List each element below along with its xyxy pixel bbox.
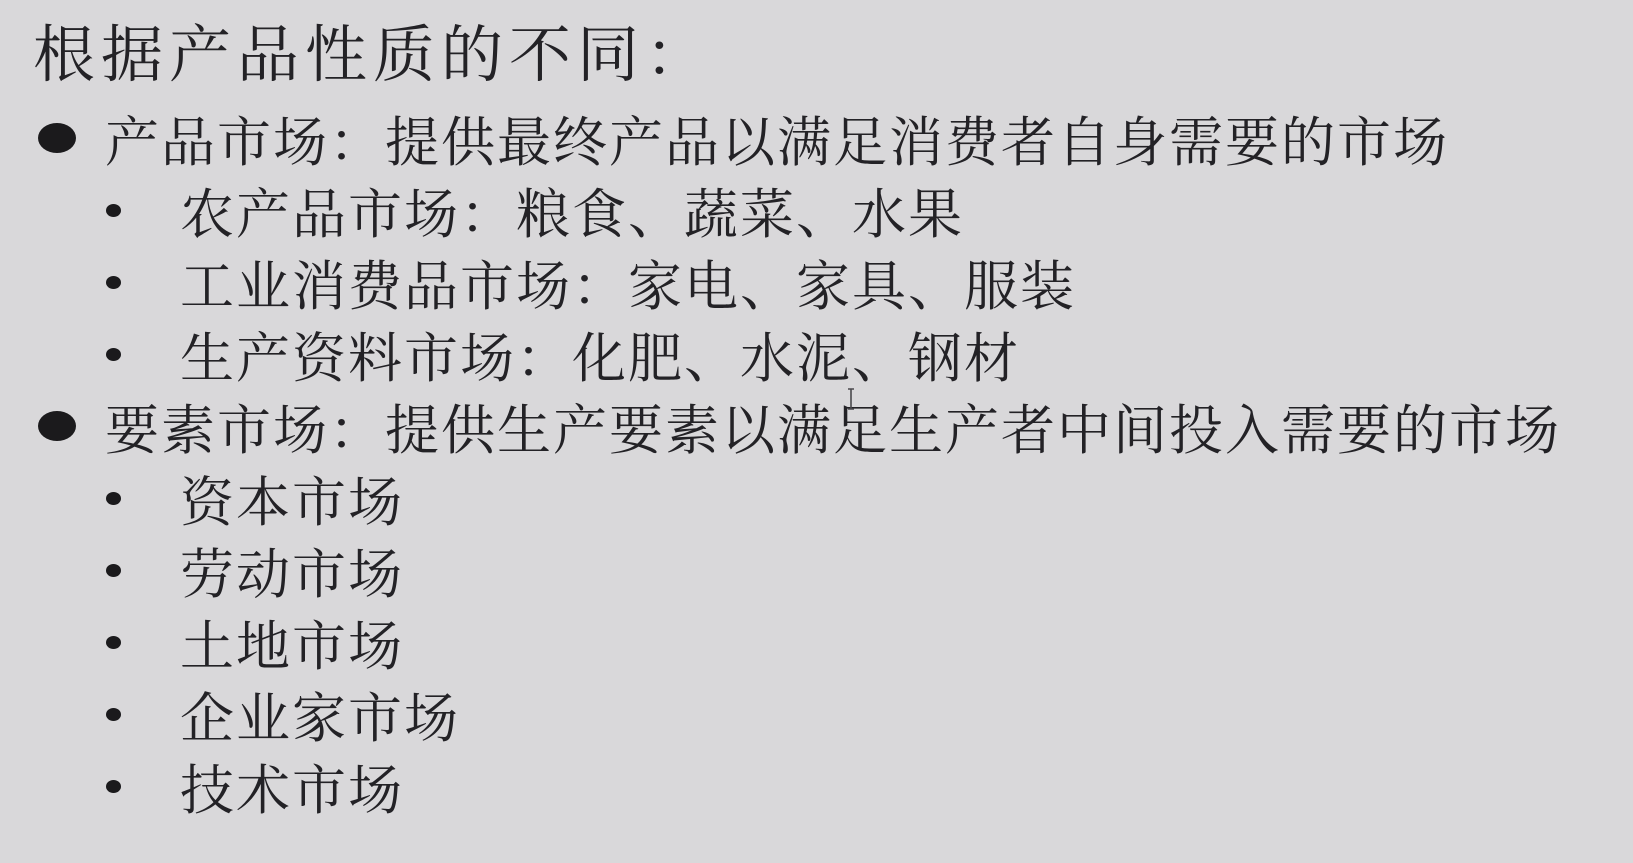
disc-bullet-icon — [38, 411, 76, 441]
dot-bullet-icon — [106, 204, 121, 217]
dot-bullet-icon — [106, 708, 121, 721]
dot-bullet-icon — [106, 348, 121, 361]
sub-item-label: 资本市场 — [180, 460, 404, 537]
sub-item-land-market: 土地市场 — [33, 606, 1633, 678]
disc-bullet-icon — [38, 123, 76, 153]
bullet-item-factor-market: 要素市场：提供生产要素以满足生产者中间投入需要的市场 — [33, 390, 1633, 462]
sub-item-label: 土地市场 — [180, 604, 404, 681]
sub-item-entrepreneur-market: 企业家市场 — [33, 678, 1633, 750]
sub-item-label: 农产品市场：粮食、蔬菜、水果 — [180, 172, 964, 249]
sub-item-label: 工业消费品市场：家电、家具、服装 — [180, 244, 1076, 321]
dot-bullet-icon — [106, 636, 121, 649]
sub-item-agricultural-market: 农产品市场：粮食、蔬菜、水果 — [33, 174, 1633, 246]
dot-bullet-icon — [106, 564, 121, 577]
sub-item-industrial-consumer-market: 工业消费品市场：家电、家具、服装 — [33, 246, 1633, 318]
bullet-label: 产品市场：提供最终产品以满足消费者自身需要的市场 — [105, 100, 1449, 177]
sub-item-label: 企业家市场 — [180, 676, 460, 753]
sub-item-label: 技术市场 — [180, 748, 404, 825]
sub-item-production-materials-market: 生产资料市场：化肥、水泥、钢材 — [33, 318, 1633, 390]
slide-title: 根据产品性质的不同： — [33, 14, 1633, 102]
dot-bullet-icon — [106, 492, 121, 505]
slide: 根据产品性质的不同： 产品市场：提供最终产品以满足消费者自身需要的市场 农产品市… — [0, 0, 1633, 863]
sub-item-capital-market: 资本市场 — [33, 462, 1633, 534]
dot-bullet-icon — [106, 780, 121, 793]
sub-item-technology-market: 技术市场 — [33, 750, 1633, 822]
bullet-item-product-market: 产品市场：提供最终产品以满足消费者自身需要的市场 — [33, 102, 1633, 174]
bullet-label: 要素市场：提供生产要素以满足生产者中间投入需要的市场 — [105, 388, 1561, 465]
sub-item-labor-market: 劳动市场 — [33, 534, 1633, 606]
sub-item-label: 生产资料市场：化肥、水泥、钢材 — [180, 316, 1020, 393]
i-beam-text-cursor-icon — [845, 388, 857, 410]
dot-bullet-icon — [106, 276, 121, 289]
sub-item-label: 劳动市场 — [180, 532, 404, 609]
